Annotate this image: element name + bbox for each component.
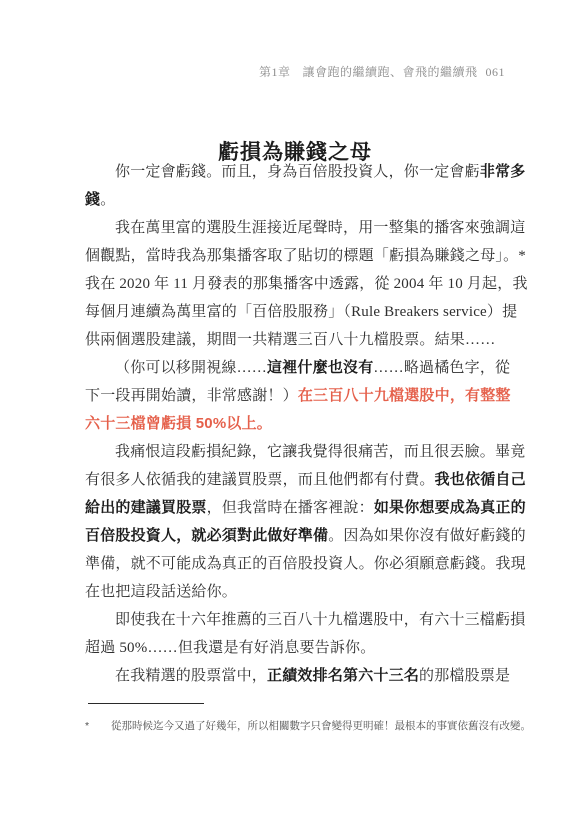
body-text-segment: 。 (100, 192, 115, 208)
body-text-segment: 我在 2020 年 11 月發表的那集播客中透露，從 2004 年 10 月起，… (85, 276, 528, 292)
body-text-segment: ……略過橘色字，從 (373, 360, 510, 376)
text-line: 百倍股投資人，就必須對此做好準備。因為如果你沒有做好虧錢的 (85, 522, 515, 550)
body-text-segment: （你可以移開視線…… (115, 360, 267, 376)
orange-emphasis-text: 在三百八十九檔選股中，有整整 (298, 387, 511, 404)
bold-emphasis-text: 如果你想要成為真正的 (374, 499, 526, 516)
page-number: 061 (486, 65, 506, 79)
bold-emphasis-text: 正績效排名第六十三名 (267, 667, 419, 684)
text-line: 下一段再開始讀，非常感謝！）在三百八十九檔選股中，有整整 (85, 382, 515, 410)
body-text-segment: 的那檔股票是 (419, 668, 510, 684)
text-line: 我在 2020 年 11 月發表的那集播客中透露，從 2004 年 10 月起，… (85, 270, 515, 298)
text-line: 給出的建議買股票，但我當時在播客裡說：如果你想要成為真正的 (85, 494, 515, 522)
text-line: 在我精選的股票當中，正績效排名第六十三名的那檔股票是 (85, 662, 515, 690)
running-header: 第1章讓會跑的繼續跑、會飛的繼續飛061 (259, 63, 505, 80)
footnote-text: 從那時候迄今又過了好幾年，所以相關數字只會變得更明確！最根本的事實依舊沒有改變。 (111, 720, 531, 732)
body-text-segment: 有很多人依循我的建議買股票，而且他們都有付費。 (85, 472, 435, 488)
footnote: *從那時候迄今又過了好幾年，所以相關數字只會變得更明確！最根本的事實依舊沒有改變… (85, 718, 515, 734)
body-text-segment: 下一段再開始讀，非常感謝！） (85, 388, 298, 404)
footnote-divider (88, 703, 204, 704)
text-line: 有很多人依循我的建議買股票，而且他們都有付費。我也依循自己 (85, 466, 515, 494)
text-line: 你一定會虧錢。而且，身為百倍股投資人，你一定會虧非常多 (85, 158, 515, 186)
bold-emphasis-text: 錢 (85, 191, 100, 208)
text-line: 個觀點，當時我為那集播客取了貼切的標題「虧損為賺錢之母」。* (85, 242, 515, 270)
body-text-segment: 每個月連續為萬里富的「百倍股服務」（Rule Breakers service）… (85, 304, 517, 320)
text-line: 我在萬里富的選股生涯接近尾聲時，用一整集的播客來強調這 (85, 214, 515, 242)
body-text-segment: 即使我在十六年推薦的三百八十九檔選股中，有六十三檔虧損 (115, 612, 525, 628)
body-text: 你一定會虧錢。而且，身為百倍股投資人，你一定會虧非常多錢。我在萬里富的選股生涯接… (85, 158, 515, 690)
body-text-segment: 。因為如果你沒有做好虧錢的 (328, 528, 526, 544)
body-text-segment: 超過 50%……但我還是有好消息要告訴你。 (85, 640, 375, 656)
body-text-segment: 在我精選的股票當中， (115, 668, 267, 684)
orange-emphasis-text: 六十三檔曾虧損 50%以上。 (85, 415, 272, 432)
footnote-marker: * (85, 718, 111, 734)
bold-emphasis-text: 這裡什麼也沒有 (267, 359, 373, 376)
text-line: 錢。 (85, 186, 515, 214)
text-line: 每個月連續為萬里富的「百倍股服務」（Rule Breakers service）… (85, 298, 515, 326)
book-page: 第1章讓會跑的繼續跑、會飛的繼續飛061 虧損為賺錢之母 你一定會虧錢。而且，身… (0, 0, 582, 816)
text-line: （你可以移開視線……這裡什麼也沒有……略過橘色字，從 (85, 354, 515, 382)
text-line: 六十三檔曾虧損 50%以上。 (85, 410, 515, 438)
bold-emphasis-text: 給出的建議買股票 (85, 499, 207, 516)
text-line: 供兩個選股建議，期間一共精選三百八十九檔股票。結果…… (85, 326, 515, 354)
body-text-segment: 個觀點，當時我為那集播客取了貼切的標題「虧損為賺錢之母」。* (85, 248, 526, 264)
chapter-title: 讓會跑的繼續跑、會飛的繼續飛 (302, 65, 477, 79)
text-line: 超過 50%……但我還是有好消息要告訴你。 (85, 634, 515, 662)
body-text-segment: 你一定會虧錢。而且，身為百倍股投資人，你一定會虧 (115, 164, 480, 180)
chapter-label: 第1章 (259, 65, 291, 79)
text-line: 即使我在十六年推薦的三百八十九檔選股中，有六十三檔虧損 (85, 606, 515, 634)
bold-emphasis-text: 百倍股投資人，就必須對此做好準備 (85, 527, 328, 544)
body-text-segment: 在也把這段話送給你。 (85, 584, 237, 600)
text-line: 在也把這段話送給你。 (85, 578, 515, 606)
text-line: 我痛恨這段虧損紀錄，它讓我覺得很痛苦，而且很丟臉。畢竟 (85, 438, 515, 466)
bold-emphasis-text: 非常多 (480, 163, 526, 180)
body-text-segment: 我痛恨這段虧損紀錄，它讓我覺得很痛苦，而且很丟臉。畢竟 (115, 444, 525, 460)
text-line: 準備，就不可能成為真正的百倍股投資人。你必須願意虧錢。我現 (85, 550, 515, 578)
bold-emphasis-text: 我也依循自己 (435, 471, 526, 488)
body-text-segment: 我在萬里富的選股生涯接近尾聲時，用一整集的播客來強調這 (115, 220, 525, 236)
body-text-segment: ，但我當時在播客裡說： (207, 500, 374, 516)
body-text-segment: 供兩個選股建議，期間一共精選三百八十九檔股票。結果…… (85, 332, 495, 348)
body-text-segment: 準備，就不可能成為真正的百倍股投資人。你必須願意虧錢。我現 (85, 556, 526, 572)
